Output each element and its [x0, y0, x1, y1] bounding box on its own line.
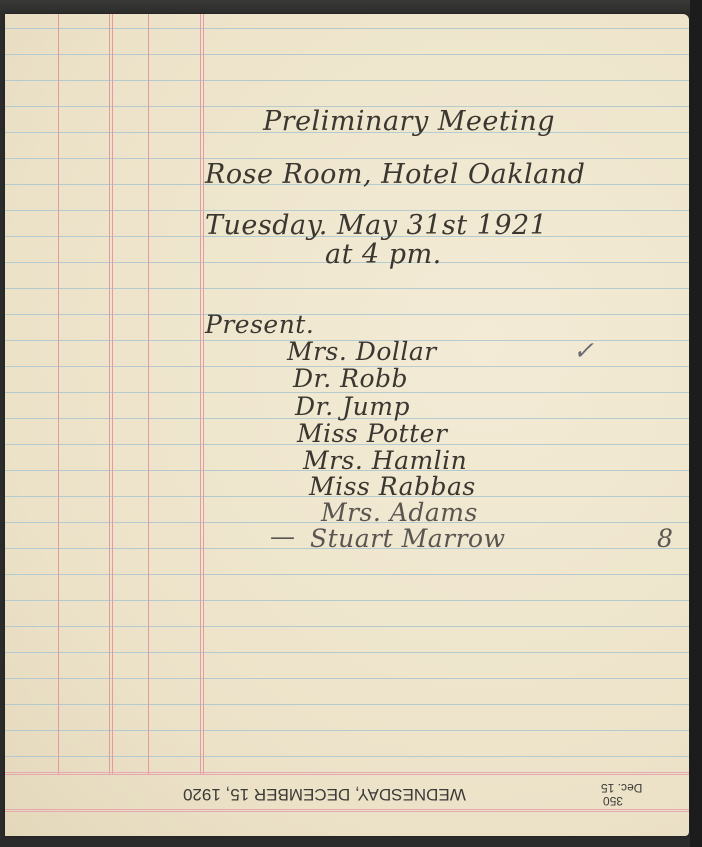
footer-rule — [5, 811, 689, 812]
ruled-line — [5, 54, 689, 55]
margin-rule — [200, 14, 201, 774]
attendee: Mrs. Hamlin — [303, 446, 467, 475]
printed-page-number: 350 — [603, 794, 623, 808]
attendee-dash: — — [270, 522, 296, 551]
attendee: Miss Potter — [297, 419, 447, 448]
attendee: Mrs. Adams — [321, 498, 478, 527]
present-label: Present. — [205, 310, 314, 339]
ruled-line — [5, 626, 689, 627]
ruled-line — [5, 80, 689, 81]
attendee: Miss Rabbas — [309, 472, 476, 501]
check-mark-icon: ✓ — [573, 336, 594, 365]
attendee: Dr. Robb — [293, 364, 408, 393]
footer-rule — [5, 772, 689, 773]
ruled-line — [5, 704, 689, 705]
margin-rule — [203, 14, 204, 774]
margin-rule — [109, 14, 110, 774]
ruled-line — [5, 730, 689, 731]
ruled-line — [5, 28, 689, 29]
ruled-line — [5, 652, 689, 653]
margin-rule — [112, 14, 113, 774]
ruled-line — [5, 756, 689, 757]
ruled-line — [5, 574, 689, 575]
printed-date: WEDNESDAY, DECEMBER 15, 1920 — [183, 784, 466, 804]
book-edge-right — [690, 0, 702, 847]
meeting-heading: Preliminary Meeting — [263, 106, 555, 137]
footer-rule — [5, 774, 689, 775]
ruled-line — [5, 288, 689, 289]
attendee: Stuart Marrow — [310, 524, 505, 553]
margin-rule — [58, 14, 59, 774]
attendee: Dr. Jump — [295, 392, 410, 421]
ruled-line — [5, 600, 689, 601]
meeting-location: Rose Room, Hotel Oakland — [205, 159, 585, 190]
attendee-count: 8 — [657, 524, 673, 553]
meeting-time: at 4 pm. — [325, 239, 442, 270]
meeting-date: Tuesday. May 31st 1921 — [205, 210, 547, 241]
margin-rule — [148, 14, 149, 774]
footer-rule — [5, 809, 689, 810]
ruled-line — [5, 678, 689, 679]
ledger-page: Preliminary Meeting Rose Room, Hotel Oak… — [5, 14, 689, 836]
printed-short-date: Dec. 15 — [601, 781, 642, 795]
attendee: Mrs. Dollar — [287, 337, 437, 366]
ruled-line — [5, 314, 689, 315]
